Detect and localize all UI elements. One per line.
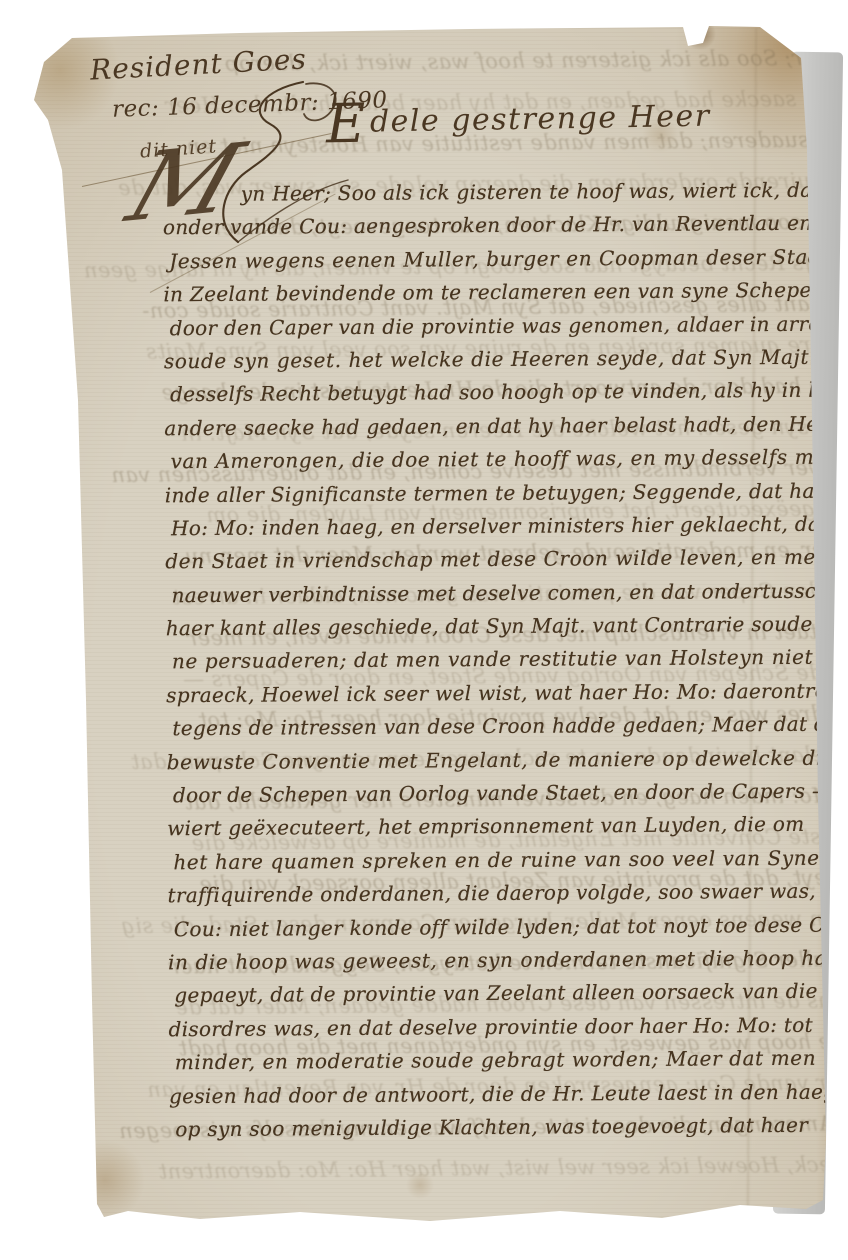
manuscript-line: ne persuaderen; dat men vande restitutie… bbox=[172, 641, 814, 679]
manuscript-line: naeuwer verbindtnisse met deselve comen,… bbox=[171, 574, 813, 612]
manuscript-line: haer kant alles geschiede, dat Syn Majt.… bbox=[166, 608, 814, 646]
manuscript-line: gesien had door de antwoort, die de Hr. … bbox=[169, 1075, 817, 1113]
manuscript-line: den Staet in vriendschap met dese Croon … bbox=[165, 541, 813, 579]
letter-body: yn Heer; Soo als ick gisteren te hoof wa… bbox=[163, 174, 818, 1147]
manuscript-line: bewuste Conventie met Engelant, de manie… bbox=[167, 741, 815, 779]
heading-initial: E bbox=[325, 92, 367, 156]
bleedthrough-line: spraeck, Hoewel ick seer wel wist, wat h… bbox=[0, 1152, 848, 1186]
manuscript-line: Ho: Mo: inden haeg, en derselver ministe… bbox=[171, 508, 813, 546]
manuscript-line: door de Schepen van Oorlog vande Staet, … bbox=[173, 775, 815, 813]
manuscript-line: spraeck, Hoewel ick seer wel wist, wat h… bbox=[166, 675, 814, 713]
manuscript-line: gepaeyt, dat de provintie van Zeelant al… bbox=[174, 975, 816, 1013]
manuscript-line: in Zeelant bevindende om te reclameren e… bbox=[163, 274, 811, 312]
manuscript-line: wiert geëxecuteert, het emprisonnement v… bbox=[167, 808, 815, 846]
manuscript-line: desselfs Recht betuygt had soo hoogh op … bbox=[170, 374, 812, 412]
manuscript-line: tegens de intressen van dese Croon hadde… bbox=[172, 708, 814, 746]
heading-text: dele gestrenge Heer bbox=[370, 99, 711, 140]
scan-background: yn Heer; Soo als ick gisteren te hoof wa… bbox=[0, 0, 848, 1260]
manuscript-line: het hare quamen spreken en de ruine van … bbox=[173, 842, 815, 880]
manuscript-line: soude syn geset. het welcke die Heeren s… bbox=[164, 341, 812, 379]
manuscript-line: van Amerongen, die doe niet te hooff was… bbox=[170, 441, 812, 479]
manuscript-line: inde aller Significanste termen te betuy… bbox=[165, 474, 813, 512]
letter-heading: Edele gestrenge Heer bbox=[326, 99, 711, 141]
manuscript-line: traffiquirende onderdanen, die daerop vo… bbox=[168, 875, 816, 913]
manuscript-line: in die hoop was geweest, en syn onderdan… bbox=[168, 942, 816, 980]
manuscript-line: andere saecke had gedaen, en dat hy haer… bbox=[164, 407, 812, 445]
manuscript-line: disordres was, en dat deselve provintie … bbox=[168, 1008, 816, 1046]
manuscript-line: minder, en moderatie soude gebragt worde… bbox=[175, 1042, 817, 1080]
manuscript-line: door den Caper van die provintie was gen… bbox=[170, 307, 812, 345]
manuscript-line: Cou: niet langer konde off wilde lyden; … bbox=[174, 908, 816, 946]
manuscript-page: yn Heer; Soo als ick gisteren te hoof wa… bbox=[0, 0, 848, 1260]
manuscript-line: op syn soo menigvuldige Klachten, was to… bbox=[175, 1109, 817, 1147]
